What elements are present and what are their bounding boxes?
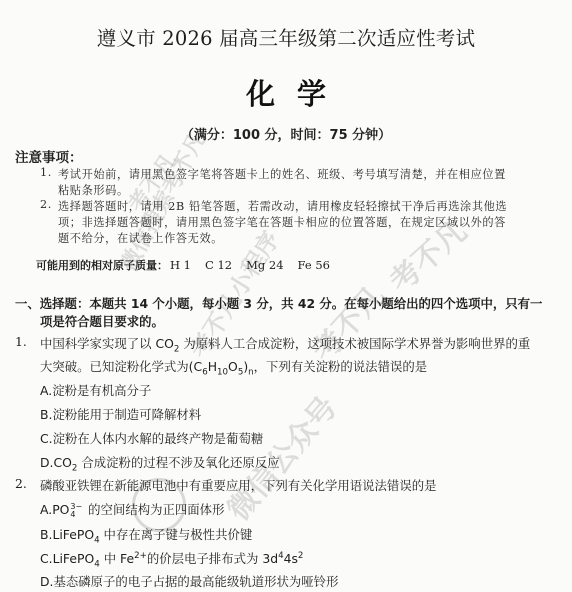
question-1-option-d: D.CO2 合成淀粉的过程不涉及氧化还原反应 — [40, 453, 280, 473]
q1-option-d-text: D.CO — [40, 455, 72, 470]
q2-option-a-text: 的空间结构为正四面体形 — [84, 502, 224, 517]
question-2-option-c: C.LiFePO4 中 Fe2+的价层电子排布式为 3d44s2 — [40, 549, 303, 569]
q2-option-b-text: B.LiFePO — [40, 527, 94, 542]
notice-item-1-line1: 考试开始前，请用黑色签字笔将答题卡上的姓名、班级、考号填写清楚，并在相应位置 — [58, 166, 506, 182]
question-2-option-d: D.基态磷原子的电子占据的最高能级轨道形状为哑铃形 — [40, 572, 338, 590]
question-2-option-a: A.PO3−4 的空间结构为正四面体形 — [40, 500, 224, 518]
question-2-stem: 磷酸亚铁锂在新能源电池中有重要应用，下列有关化学用语说法错误的是 — [40, 476, 437, 494]
q2-option-c-text: 4s — [284, 551, 298, 566]
notice-item-2-line2: 项；非选择题答题时，请用黑色签字笔在答题卡相应的位置答题，在规定区域以外的答 — [58, 214, 506, 230]
q1-stem-text: 大突破。已知淀粉化学式为(C — [40, 359, 202, 374]
atomic-masses: 可能用到的相对原子质量：H 1C 12Mg 24Fe 56 — [36, 257, 330, 273]
question-2-number: 2. — [15, 476, 27, 491]
q1-stem-text: H — [208, 359, 217, 374]
q2-superscript: 2+ — [134, 551, 147, 561]
q1-stem-text: ，下列有关淀粉的说法错误的是 — [254, 359, 427, 374]
q2-option-b-text: 中存在离子键与极性共价键 — [100, 527, 253, 542]
notice-item-2-line3: 题不给分，在试卷上作答无效。 — [58, 230, 223, 246]
question-1-option-b: B.淀粉能用于制造可降解材料 — [40, 405, 201, 423]
q2-option-a-charge: 3−4 — [70, 503, 82, 517]
mass-h: H 1 — [170, 258, 191, 272]
q1-stem-text: O — [228, 359, 238, 374]
question-2-option-b: B.LiFePO4 中存在离子键与极性共价键 — [40, 525, 252, 545]
notice-heading: 注意事项： — [15, 146, 83, 166]
subject-title: 化学 — [0, 72, 572, 113]
q1-subscript: 10 — [217, 367, 228, 377]
atomic-masses-label: 可能用到的相对原子质量： — [36, 259, 168, 272]
q1-stem-text: 为原料人工合成淀粉，这项技术被国际学术界誉为影响世界的重 — [179, 336, 530, 351]
watermark-text: 考不凡 — [300, 273, 393, 369]
q2-option-c-text: 的价层电子排布式为 3d — [147, 551, 278, 566]
q2-option-c-text: 中 Fe — [100, 551, 134, 566]
mass-c: C 12 — [205, 258, 232, 272]
q1-stem-text: 中国科学家实现了以 CO — [40, 336, 174, 351]
question-1-option-a: A.淀粉是有机高分子 — [40, 381, 151, 399]
exam-page: 遵义市 2026 届高三年级第二次适应性考试 化学 （满分：100 分，时间：7… — [0, 0, 572, 592]
section-heading-line1: 一、选择题：本题共 14 个小题，每小题 3 分，共 42 分。在每小题给出的四… — [15, 294, 542, 312]
question-1-option-c: C.淀粉在人体内水解的最终产物是葡萄糖 — [40, 429, 263, 447]
section-heading-line2: 项是符合题目要求的。 — [40, 312, 164, 330]
mass-fe: Fe 56 — [298, 258, 330, 272]
q2-subscript: 4 — [70, 511, 82, 518]
mass-mg: Mg 24 — [246, 258, 283, 272]
notice-item-2-num: 2. — [40, 198, 52, 211]
notice-item-1-num: 1. — [40, 166, 52, 179]
q2-option-c-text: C.LiFePO — [40, 551, 94, 566]
q2-superscript: 2 — [298, 551, 304, 561]
notice-item-1-line2: 粘贴条形码。 — [58, 182, 129, 198]
q1-option-d-text: 合成淀粉的过程不涉及氧化还原反应 — [77, 455, 279, 470]
question-1-stem-line1: 中国科学家实现了以 CO2 为原料人工合成淀粉，这项技术被国际学术界誉为影响世界… — [40, 334, 530, 354]
exam-meta: （满分：100 分，时间：75 分钟） — [0, 124, 572, 143]
question-1-stem-line2: 大突破。已知淀粉化学式为(C6H10O5)n，下列有关淀粉的说法错误的是 — [40, 357, 427, 377]
q2-option-a-text: A.PO — [40, 502, 69, 517]
notice-item-2-line1: 选择题答题时，请用 2B 铅笔答题，若需改动，请用橡皮轻轻擦拭干净后再选涂其他选 — [58, 198, 507, 214]
exam-title: 遵义市 2026 届高三年级第二次适应性考试 — [0, 23, 572, 51]
question-1-number: 1. — [15, 334, 27, 349]
